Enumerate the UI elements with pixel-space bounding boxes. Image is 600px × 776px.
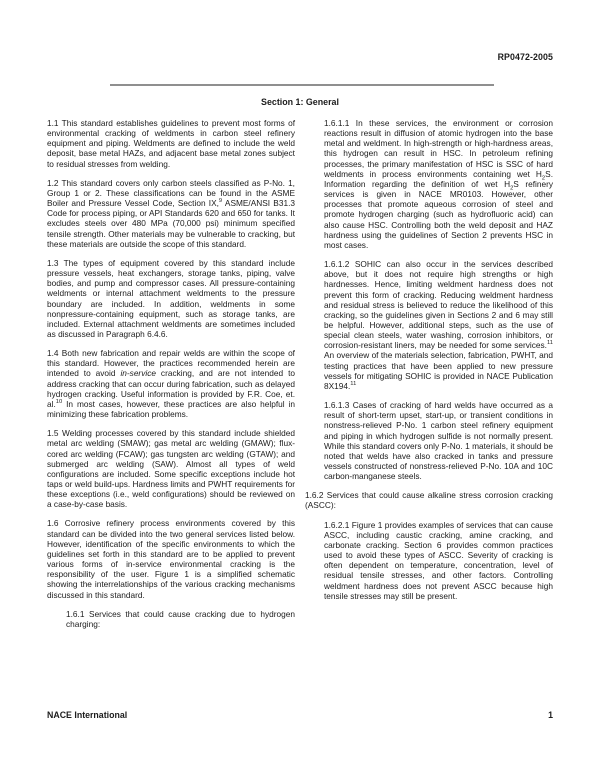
paragraph-1-4: 1.4 Both new fabrication and repair weld… xyxy=(47,348,295,419)
paragraph-text: 1.6 Corrosive refinery process environme… xyxy=(47,518,295,599)
italic-term: in-service xyxy=(120,368,156,378)
paragraph-1-6-1-2: 1.6.1.2 SOHIC can also occur in the serv… xyxy=(324,259,553,391)
paragraph-1-6-1-3: 1.6.1.3 Cases of cracking of hard welds … xyxy=(324,400,553,481)
paragraph-1-6-2-1: 1.6.2.1 Figure 1 provides examples of se… xyxy=(324,520,553,601)
paragraph-text: 1.6.1.1 In these services, the environme… xyxy=(324,118,553,179)
document-number: RP0472-2005 xyxy=(498,52,553,62)
two-column-body: 1.1 This standard establishes guidelines… xyxy=(47,118,553,638)
paragraph-text: S refinery services is given in NACE MR0… xyxy=(324,179,553,250)
paragraph-text: 1.5 Welding processes covered by this st… xyxy=(47,428,295,509)
header-divider xyxy=(110,84,494,86)
section-heading: Section 1: General xyxy=(0,97,600,107)
paragraph-1-5: 1.5 Welding processes covered by this st… xyxy=(47,428,295,509)
paragraph-1-1: 1.1 This standard establishes guidelines… xyxy=(47,118,295,169)
paragraph-1-6-1: 1.6.1 Services that could cause cracking… xyxy=(66,609,295,629)
left-column: 1.1 This standard establishes guidelines… xyxy=(47,118,295,638)
paragraph-1-6-2: 1.6.2 Services that could cause alkaline… xyxy=(305,490,553,510)
document-page: RP0472-2005 Section 1: General 1.1 This … xyxy=(0,0,600,776)
paragraph-text: 1.6.1 Services that could cause cracking… xyxy=(66,609,295,629)
right-column: 1.6.1.1 In these services, the environme… xyxy=(305,118,553,638)
paragraph-text: 1.3 The types of equipment covered by th… xyxy=(47,258,295,339)
footer-organization: NACE International xyxy=(47,710,127,720)
paragraph-text: 1.6.2 Services that could cause alkaline… xyxy=(305,490,553,510)
paragraph-text: 1.1 This standard establishes guidelines… xyxy=(47,118,295,169)
page-footer: NACE International 1 xyxy=(47,710,553,720)
page-number: 1 xyxy=(548,710,553,720)
paragraph-text: 1.6.2.1 Figure 1 provides examples of se… xyxy=(324,520,553,601)
footnote-reference: 11 xyxy=(350,381,356,387)
paragraph-text: 1.6.1.3 Cases of cracking of hard welds … xyxy=(324,400,553,481)
paragraph-text: An overview of the materials selection, … xyxy=(324,350,553,390)
footnote-reference: 11 xyxy=(547,341,553,347)
paragraph-1-6: 1.6 Corrosive refinery process environme… xyxy=(47,518,295,599)
paragraph-1-2: 1.2 This standard covers only carbon ste… xyxy=(47,178,295,249)
paragraph-1-3: 1.3 The types of equipment covered by th… xyxy=(47,258,295,339)
paragraph-text: 1.6.1.2 SOHIC can also occur in the serv… xyxy=(324,259,553,350)
paragraph-text: In most cases, however, these practices … xyxy=(47,399,295,419)
paragraph-1-6-1-1: 1.6.1.1 In these services, the environme… xyxy=(324,118,553,250)
